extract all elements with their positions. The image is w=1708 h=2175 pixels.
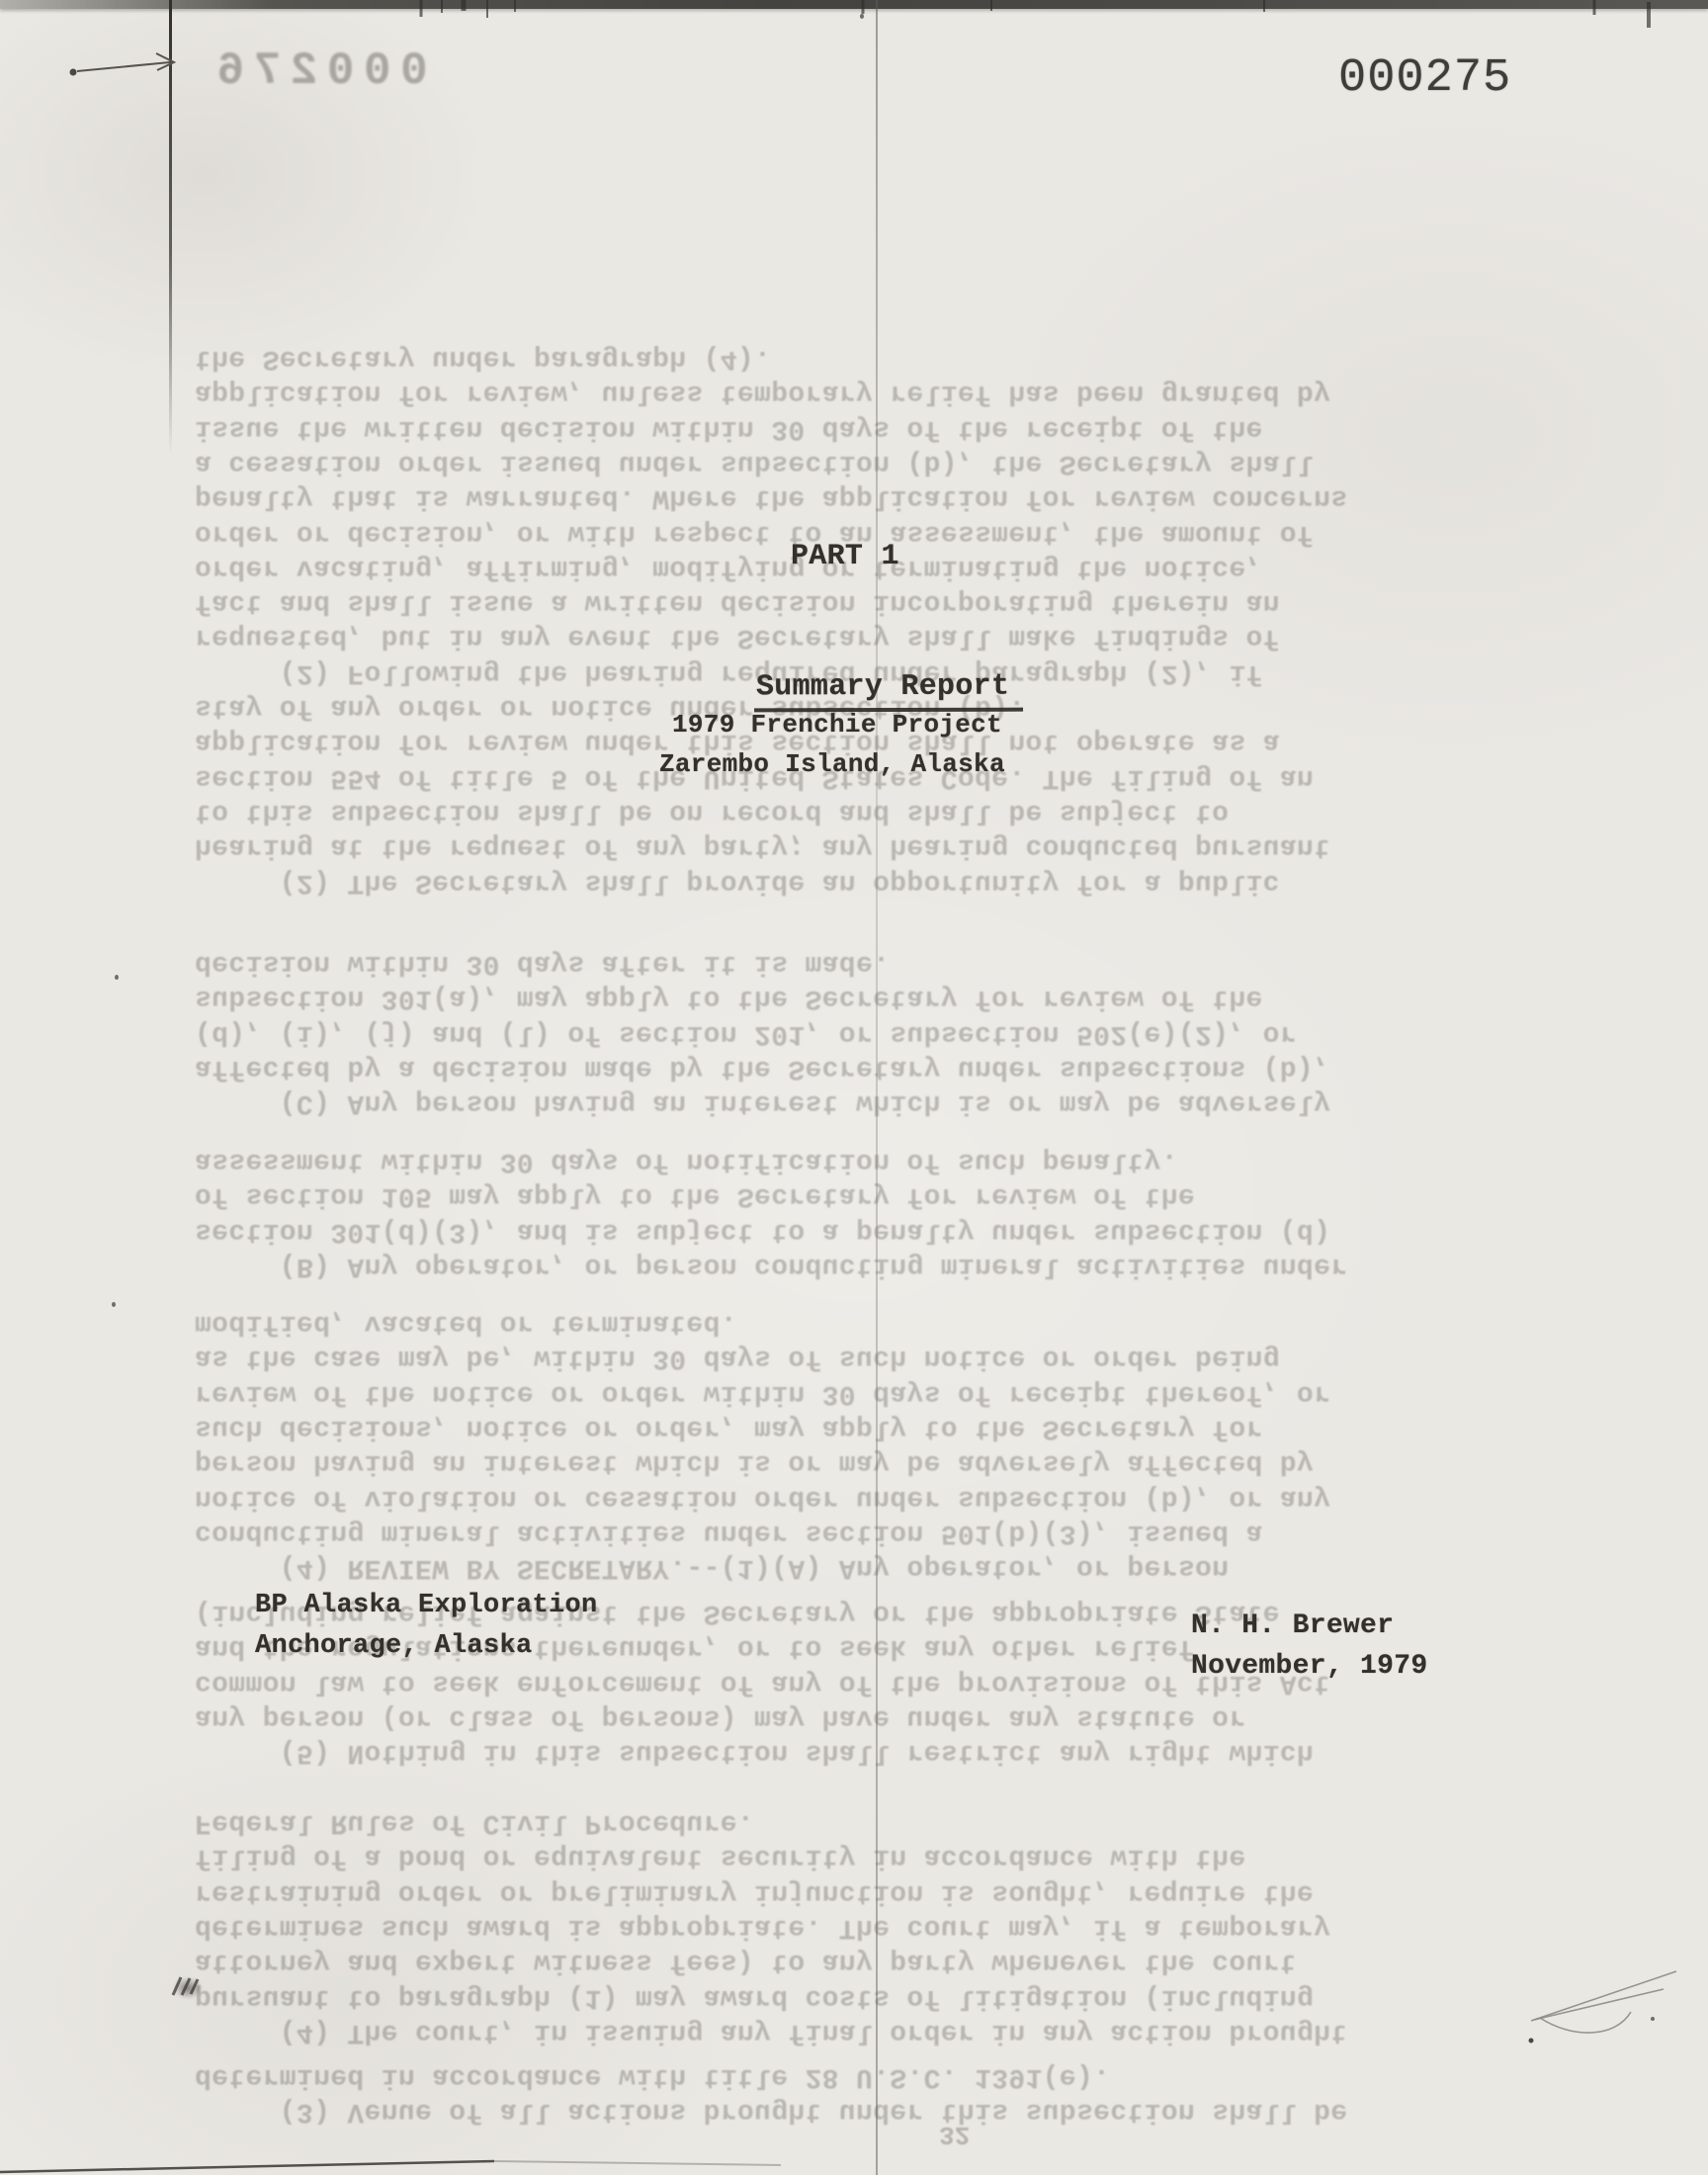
ghost-text-line: person having an interest which is or ma…	[195, 1448, 1314, 1476]
ghost-text-line: hearing at the request of any party; any…	[195, 832, 1330, 860]
left-crease-line	[169, 0, 172, 455]
ghost-text-line: fact and shall issue a written decision …	[195, 588, 1280, 616]
report-title: Summary Report	[718, 643, 1023, 712]
city-line: Anchorage, Alaska	[255, 1633, 533, 1660]
ghost-text-line: (5) Nothing in this subsection shall res…	[195, 1738, 1314, 1766]
paper-speck	[115, 975, 119, 980]
ghost-stamp-number: 000276	[208, 45, 428, 97]
ghost-text-line: (d), (i), (j) and (l) of section 201, or…	[195, 1019, 1297, 1047]
ghost-text-line: restraining order or preliminary injunct…	[195, 1878, 1314, 1906]
ghost-text-line: common law to seek enforcement of any of…	[195, 1669, 1330, 1696]
project-line: 1979 Frenchie Project	[672, 712, 1002, 738]
part-label: PART 1	[791, 542, 899, 571]
ghost-text-line: modified, vacated or terminated.	[195, 1309, 737, 1337]
ghost-text-line: order or decision, or with respect to an…	[195, 519, 1314, 547]
ghost-page-number: 32	[939, 2120, 970, 2149]
scanner-edge-band	[0, 0, 1708, 9]
ghost-text-line: determines such award is appropriate. Th…	[195, 1913, 1330, 1941]
ghost-text-line: affected by a decision made by the Secre…	[195, 1054, 1330, 1082]
ghost-text-layer: the Secretary under paragraph (4).applic…	[0, 0, 1708, 2175]
ghost-text-line: notice of violation or cessation order u…	[195, 1484, 1330, 1512]
ghost-text-line: application for review, unless temporary…	[195, 379, 1330, 406]
ghost-text-line: (B) Any operator, or person conducting m…	[195, 1252, 1347, 1279]
ghost-text-line: pursuant to paragraph (1) may award cost…	[195, 1983, 1314, 2011]
ghost-text-line: Federal Rules of Civil Procedure.	[195, 1808, 754, 1836]
ghost-text-line: (3) Venue of all actions brought under t…	[195, 2097, 1347, 2125]
ghost-text-line: as the case may be, within 30 days of su…	[195, 1344, 1280, 1371]
ghost-text-line: filing of a bond or equivalent security …	[195, 1843, 1245, 1870]
ghost-text-line: (2) The Secretary shall provide an oppor…	[195, 868, 1280, 896]
paper-speck	[860, 14, 864, 19]
ghost-text-line: (C) Any person having an interest which …	[195, 1088, 1330, 1116]
scanned-document-page: { "colors": { "paper": "#eae8e3", "ink":…	[0, 0, 1708, 2175]
ghost-text-line: the Secretary under paragraph (4).	[195, 344, 771, 372]
ghost-text-line: a cessation order issued under subsectio…	[195, 449, 1314, 477]
ghost-text-line: attorney and expert witness fees) to any…	[195, 1948, 1297, 1975]
page-number-stamp: 000275	[1338, 55, 1511, 102]
location-line: Zarembo Island, Alaska	[659, 751, 1005, 777]
ghost-text-line: (4) REVIEW BY SECRETARY.--(1)(A) Any ope…	[195, 1553, 1229, 1581]
ghost-text-line: conducting mineral activities under sect…	[195, 1519, 1263, 1546]
date-line: November, 1979	[1191, 1653, 1427, 1681]
ghost-text-line: to this subsection shall be on record an…	[195, 798, 1229, 826]
ghost-text-line: such decisions, notice or order, may app…	[195, 1414, 1263, 1441]
paper-speck	[112, 1302, 116, 1307]
ghost-text-line: determined in accordance with title 28 U…	[195, 2062, 1110, 2090]
ghost-text-line: subsection 301(a), may apply to the Secr…	[195, 984, 1263, 1011]
ink-smudge	[168, 1973, 208, 2003]
ghost-text-line: order vacating, affirming, modifying or …	[195, 554, 1263, 581]
author-line: N. H. Brewer	[1191, 1612, 1394, 1640]
ghost-text-line: decision within 30 days after it is made…	[195, 949, 890, 977]
ghost-text-line: of section 105 may apply to the Secretar…	[195, 1181, 1195, 1209]
ghost-text-line: issue the written decision within 30 day…	[195, 414, 1263, 442]
report-title-text: Summary Report	[754, 672, 1023, 713]
ghost-text-line: assessment within 30 days of notificatio…	[195, 1147, 1178, 1174]
center-fold-line	[876, 0, 878, 2175]
ghost-text-line: section 301(d)(3), and is subject to a p…	[195, 1217, 1330, 1245]
company-line: BP Alaska Exploration	[255, 1593, 598, 1619]
ghost-text-line: review of the notice or order within 30 …	[195, 1379, 1330, 1407]
ghost-text-line: (4) The court, in issuing any final orde…	[195, 2018, 1347, 2045]
ghost-text-line: penalty that is warranted. Where the app…	[195, 483, 1347, 511]
ghost-text-line: any person (or class of persons) may hav…	[195, 1703, 1245, 1731]
